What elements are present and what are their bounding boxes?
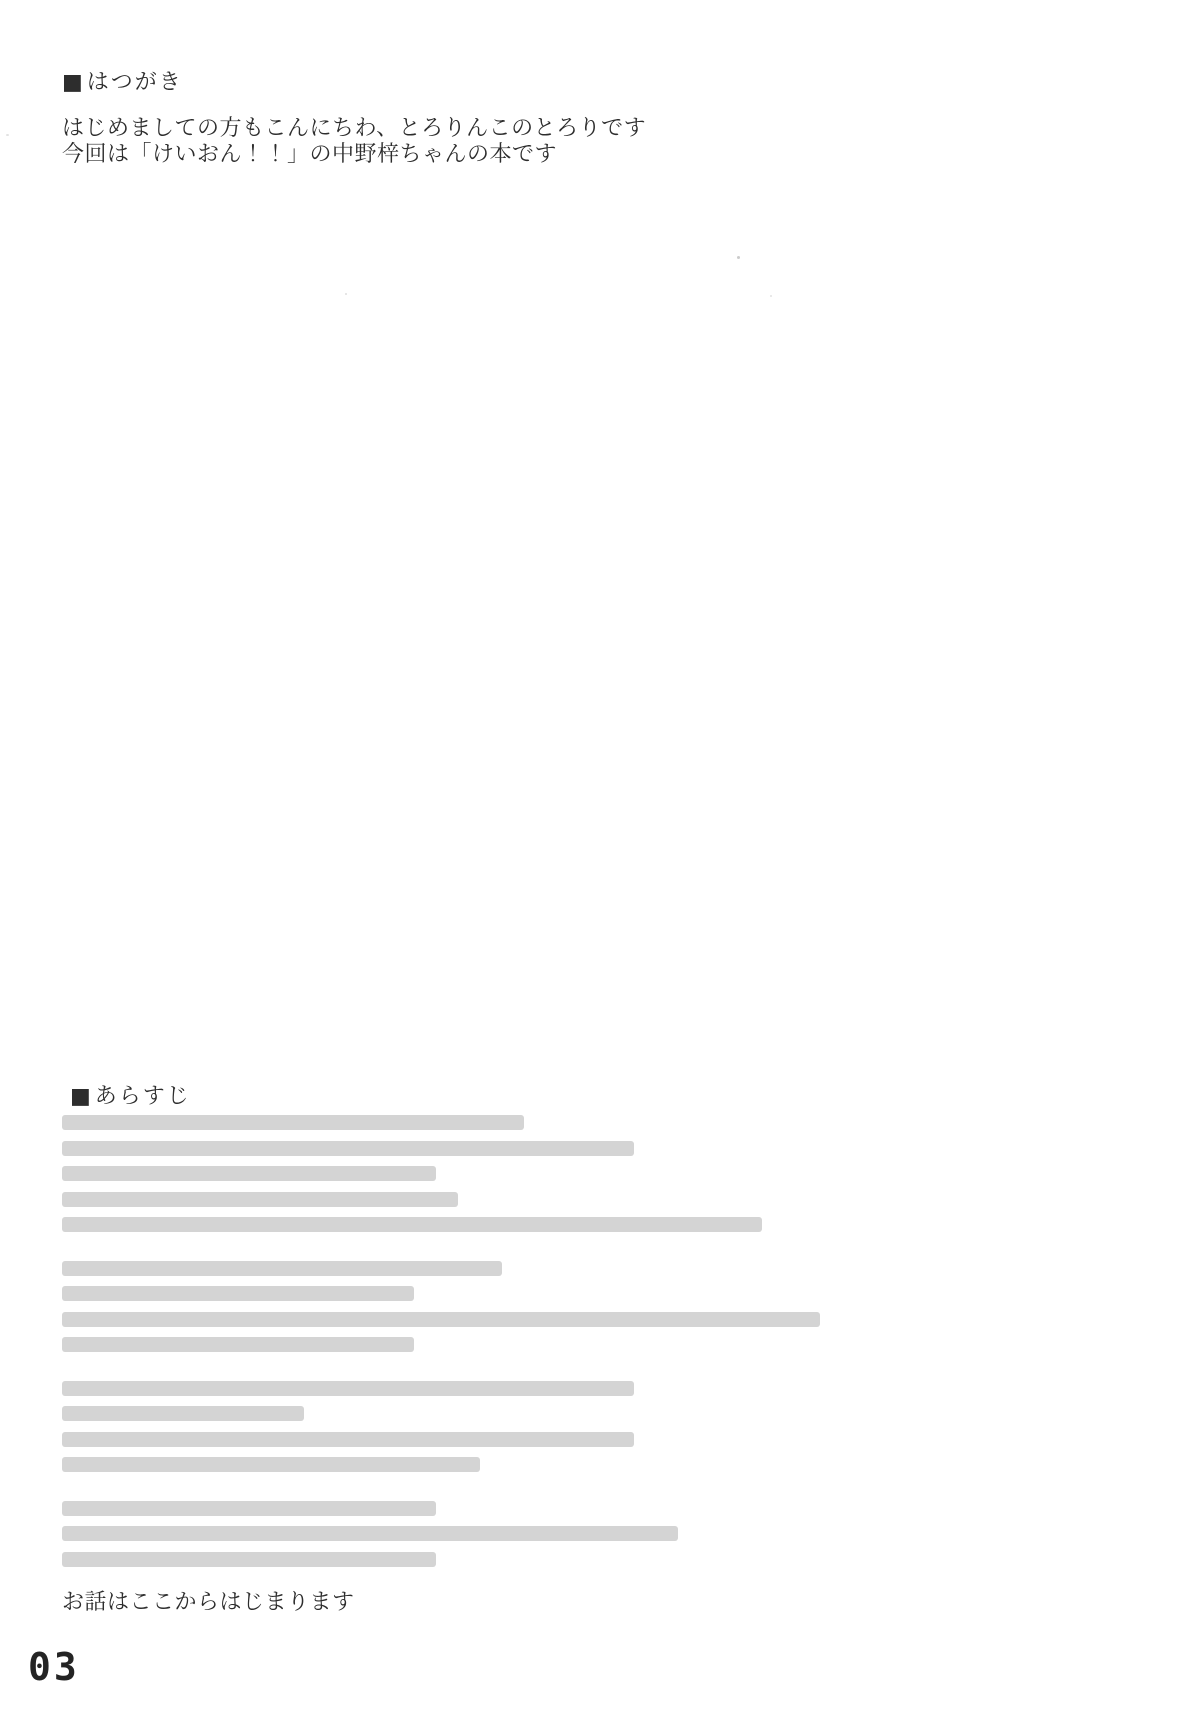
scanned-doujin-preface-page: { "page": { "colors": { "paper": "#fffff… — [0, 0, 1200, 1710]
redaction-bar — [62, 1432, 634, 1447]
preface-text-line: 今回は「けいおん！！」の中野梓ちゃんの本です — [62, 142, 646, 168]
synopsis-redacted-paragraphs — [62, 1110, 820, 1572]
redaction-bar — [62, 1115, 524, 1130]
redaction-bar — [62, 1261, 502, 1276]
scan-speck — [737, 256, 740, 259]
redacted-text-line — [62, 1521, 820, 1547]
preface-section: ■はつがき はじめましての方もこんにちわ、とろりんこのとろりです今回は「けいおん… — [62, 52, 646, 167]
redaction-bar — [62, 1141, 634, 1156]
redaction-bar — [62, 1552, 436, 1567]
redaction-bar — [62, 1406, 304, 1421]
redacted-text-line — [62, 1547, 820, 1573]
redaction-bar — [62, 1192, 458, 1207]
redacted-text-line — [62, 1307, 820, 1333]
redacted-text-line — [62, 1110, 820, 1136]
redaction-bar — [62, 1312, 820, 1327]
redaction-bar — [62, 1457, 480, 1472]
redacted-paragraph — [62, 1110, 820, 1238]
redacted-text-line — [62, 1212, 820, 1238]
redacted-text-line — [62, 1452, 820, 1478]
redacted-paragraph — [62, 1376, 820, 1478]
redacted-paragraph — [62, 1256, 820, 1358]
redacted-text-line — [62, 1281, 820, 1307]
redaction-bar — [62, 1381, 634, 1396]
redaction-bar — [62, 1337, 414, 1352]
redacted-text-line — [62, 1401, 820, 1427]
preface-heading-label: はつがき — [87, 70, 183, 95]
redaction-bar — [62, 1526, 678, 1541]
redaction-bar — [62, 1501, 436, 1516]
redacted-text-line — [62, 1161, 820, 1187]
preface-text-line: はじめましての方もこんにちわ、とろりんこのとろりです — [62, 116, 646, 142]
square-bullet-icon: ■ — [62, 70, 87, 95]
page-number: 03 — [28, 1645, 80, 1689]
redacted-text-line — [62, 1136, 820, 1162]
scan-speck — [770, 295, 772, 297]
synopsis-heading-label: あらすじ — [95, 1084, 191, 1109]
scan-speck — [6, 134, 9, 136]
square-bullet-icon: ■ — [70, 1084, 95, 1109]
synopsis-heading: ■あらすじ — [70, 1084, 191, 1110]
redacted-text-line — [62, 1427, 820, 1453]
synopsis-body: お話はここからはじまります — [62, 1110, 820, 1616]
preface-body: はじめましての方もこんにちわ、とろりんこのとろりです今回は「けいおん！！」の中野… — [62, 116, 646, 167]
redacted-text-line — [62, 1376, 820, 1402]
redacted-paragraph — [62, 1496, 820, 1573]
synopsis-closing-line: お話はここからはじまります — [62, 1590, 820, 1616]
preface-heading: ■はつがき — [62, 70, 646, 96]
redaction-bar — [62, 1217, 762, 1232]
scan-speck — [345, 293, 347, 295]
redaction-bar — [62, 1166, 436, 1181]
redacted-text-line — [62, 1496, 820, 1522]
redaction-bar — [62, 1286, 414, 1301]
redacted-text-line — [62, 1332, 820, 1358]
redacted-text-line — [62, 1187, 820, 1213]
redacted-text-line — [62, 1256, 820, 1282]
